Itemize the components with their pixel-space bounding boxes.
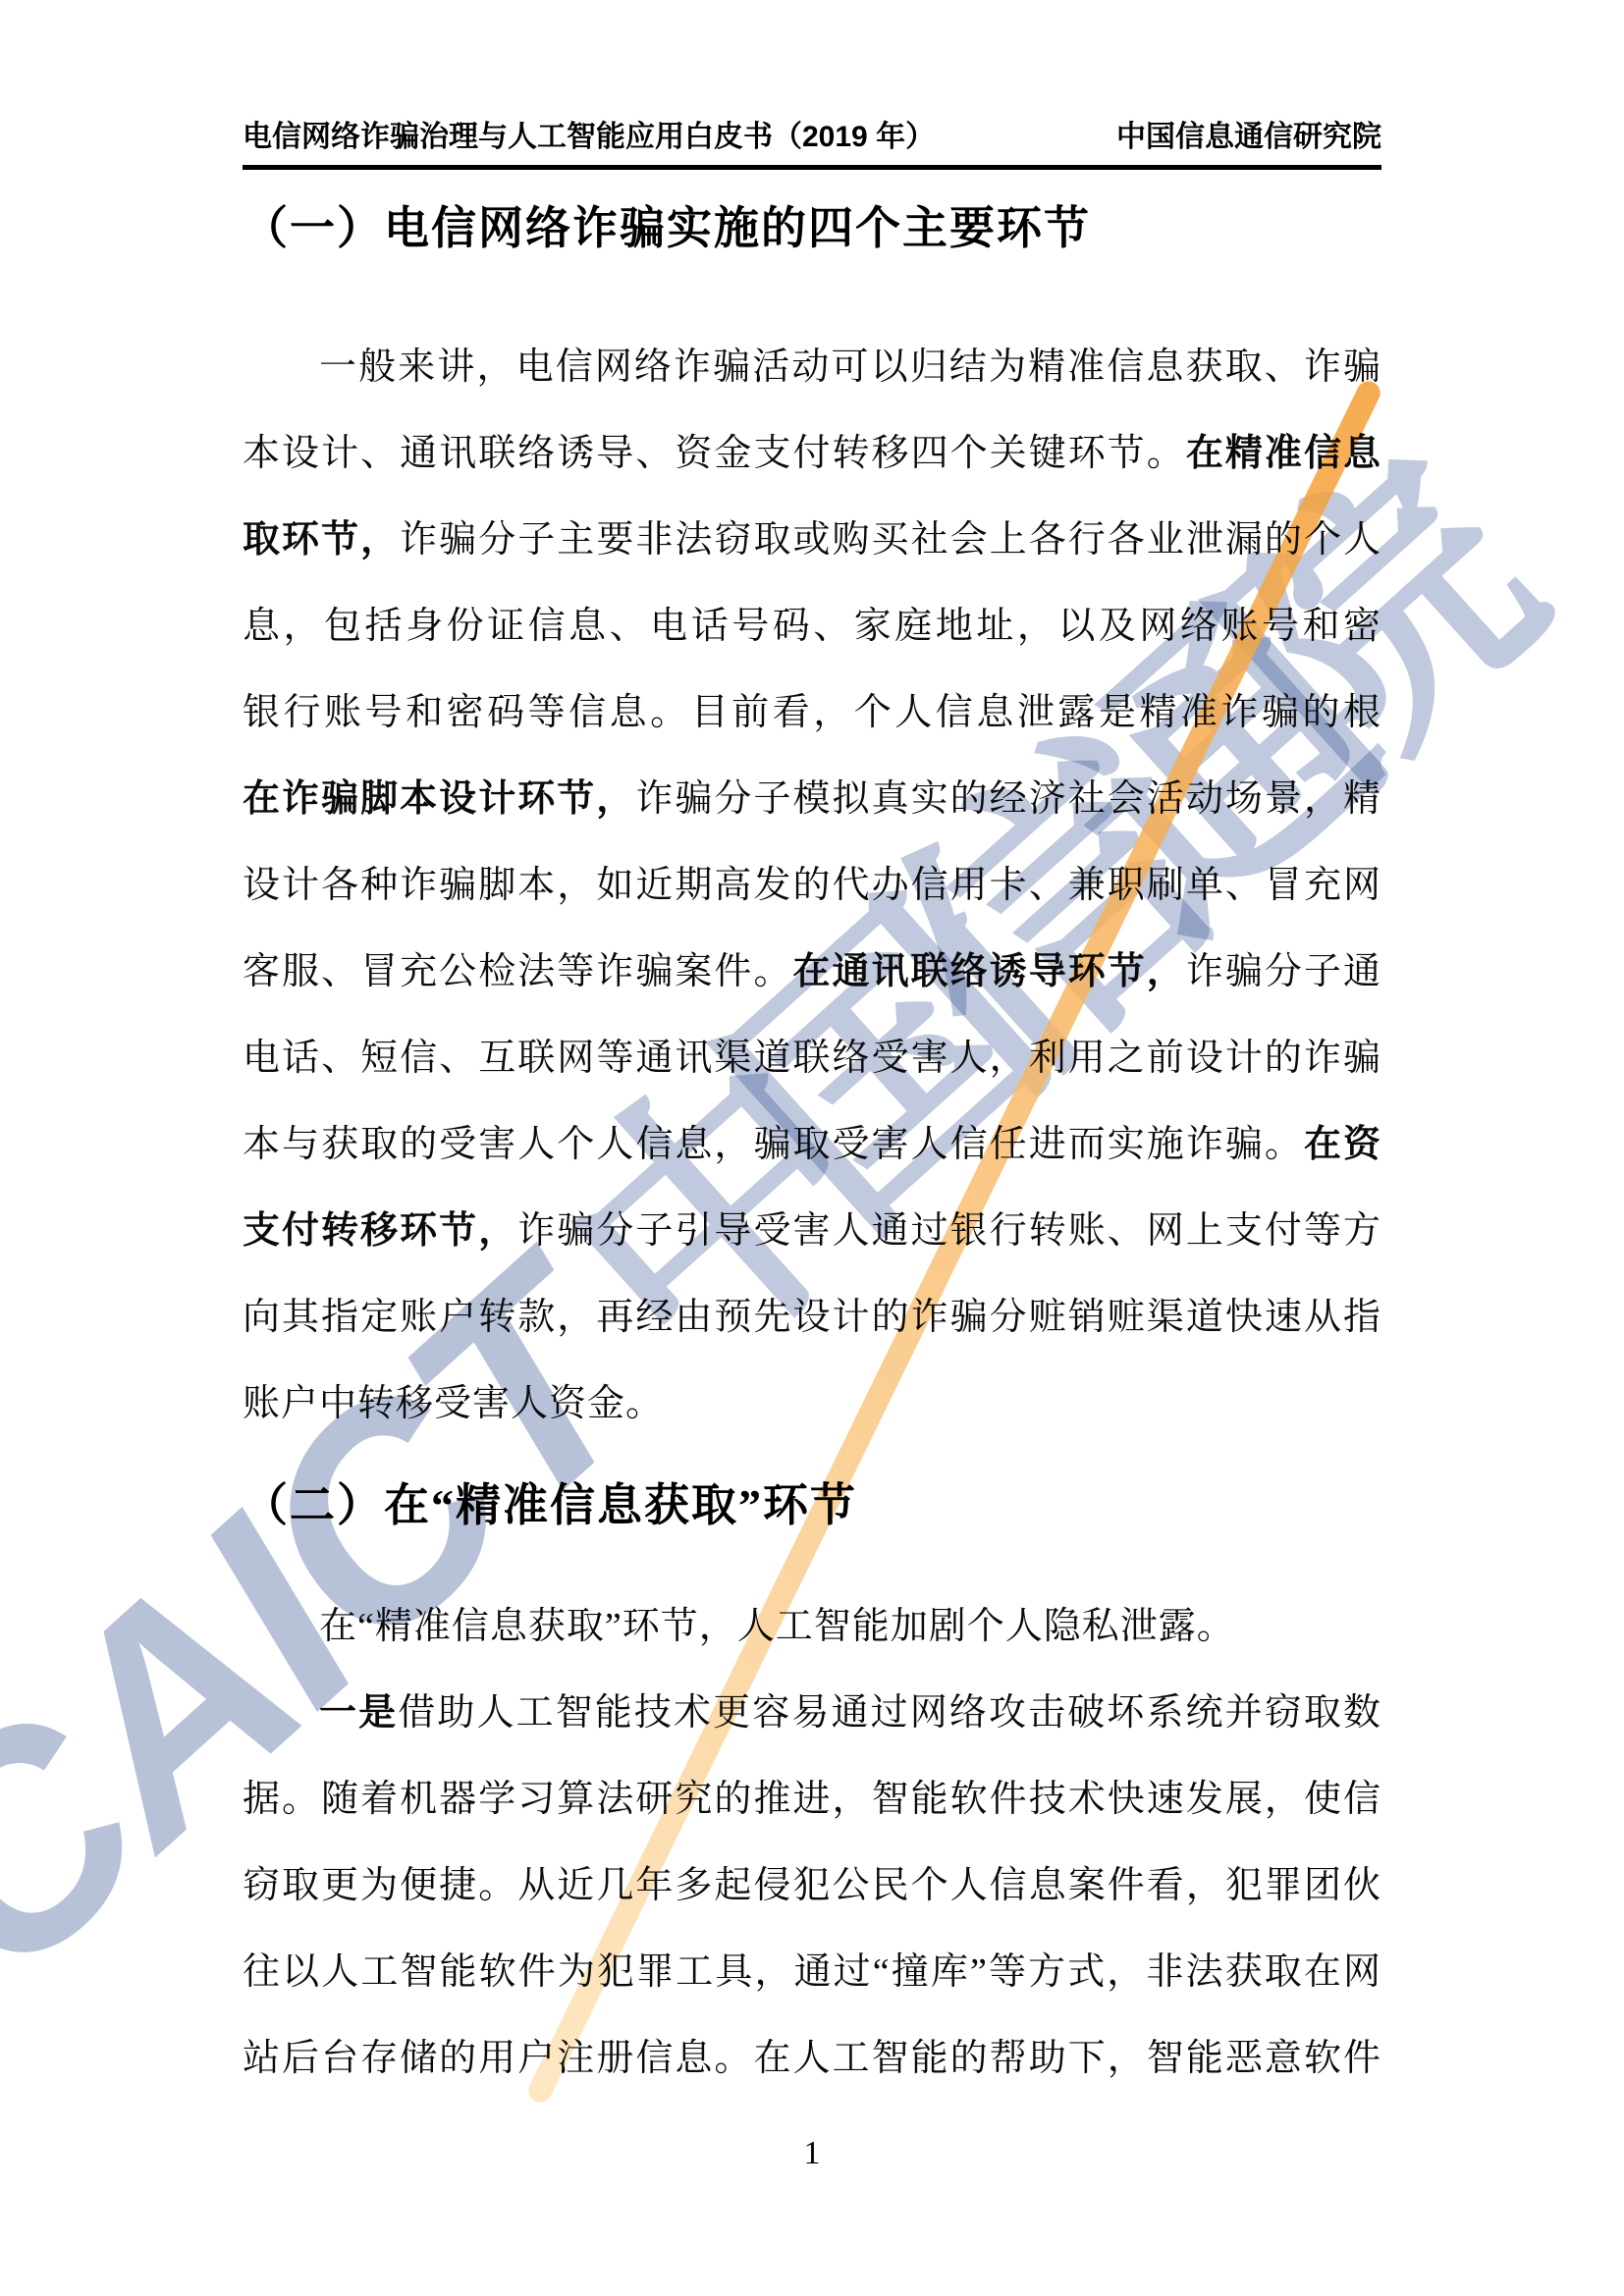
text-line: 往以人工智能软件为犯罪工具，通过“撞库”等方式，非法获取在网 [243,1929,1381,2015]
text-segment: 本与获取的受害人个人信息，骗取受害人信任进而实施诈骗。 [243,1124,1304,1165]
paragraph: 一般来讲，电信网络诈骗活动可以归结为精准信息获取、诈骗脚本设计、通讯联络诱导、资… [243,324,1381,1447]
text-segment: 设计各种诈骗脚本，如近期高发的代办信用卡、兼职刷单、冒充网购 [243,865,1381,929]
document-section: （二）在“精准信息获取”环节在“精准信息获取”环节，人工智能加剧个人隐私泄露。一… [243,1478,1381,2102]
text-segment: 息，包括身份证信息、电话号码、家庭地址，以及网络账号和密码、 [243,606,1381,669]
text-line: 取环节，诈骗分子主要非法窃取或购买社会上各行各业泄漏的个人信 [243,497,1381,583]
text-segment: 银行账号和密码等信息。目前看，个人信息泄露是精准诈骗的根源。 [243,692,1381,756]
text-line: 银行账号和密码等信息。目前看，个人信息泄露是精准诈骗的根源。 [243,669,1381,756]
page-content: 电信网络诈骗治理与人工智能应用白皮书（2019 年） 中国信息通信研究院 （一）… [0,0,1624,2296]
text-segment: 取环节， [243,519,400,561]
text-segment: 往以人工智能软件为犯罪工具，通过“撞库”等方式，非法获取在网 [243,1951,1381,1993]
text-segment: 站后台存储的用户注册信息。在人工智能的帮助下，智能恶意软件攻 [243,2038,1381,2102]
paragraph: 一是借助人工智能技术更容易通过网络攻击破坏系统并窃取数据。随着机器学习算法研究的… [243,1670,1381,2102]
text-line: 本与获取的受害人个人信息，骗取受害人信任进而实施诈骗。在资金 [243,1101,1381,1188]
text-segment: 电话、短信、互联网等通讯渠道联络受害人，利用之前设计的诈骗脚 [243,1038,1381,1101]
text-segment: 据。随着机器学习算法研究的推进，智能软件技术快速发展，使信息 [243,1779,1381,1842]
text-line: 客服、冒充公检法等诈骗案件。在通讯联络诱导环节，诈骗分子通过 [243,929,1381,1015]
paragraph: 在“精准信息获取”环节，人工智能加剧个人隐私泄露。 [243,1583,1381,1670]
text-line: 在诈骗脚本设计环节，诈骗分子模拟真实的经济社会活动场景，精心 [243,756,1381,842]
text-line: 息，包括身份证信息、电话号码、家庭地址，以及网络账号和密码、 [243,583,1381,669]
text-segment: 一般来讲，电信网络诈骗活动可以归结为精准信息获取、诈骗脚 [243,347,1381,410]
text-line: 窃取更为便捷。从近几年多起侵犯公民个人信息案件看，犯罪团伙往 [243,1842,1381,1929]
document-body: （一）电信网络诈骗实施的四个主要环节一般来讲，电信网络诈骗活动可以归结为精准信息… [243,201,1381,2102]
text-line: 向其指定账户转款，再经由预先设计的诈骗分赃销赃渠道快速从指定 [243,1274,1381,1361]
text-line: 设计各种诈骗脚本，如近期高发的代办信用卡、兼职刷单、冒充网购 [243,842,1381,929]
text-line: 账户中转移受害人资金。 [243,1361,1381,1447]
section-heading: （二）在“精准信息获取”环节 [243,1478,1381,1532]
text-line: 一是借助人工智能技术更容易通过网络攻击破坏系统并窃取数 [243,1670,1381,1756]
text-segment: 支付转移环节， [243,1210,517,1252]
text-line: 本设计、通讯联络诱导、资金支付转移四个关键环节。在精准信息获 [243,410,1381,497]
page-header: 电信网络诈骗治理与人工智能应用白皮书（2019 年） 中国信息通信研究院 [243,120,1381,155]
text-line: 据。随着机器学习算法研究的推进，智能软件技术快速发展，使信息 [243,1756,1381,1842]
text-line: 站后台存储的用户注册信息。在人工智能的帮助下，智能恶意软件攻 [243,2015,1381,2102]
text-segment: 客服、冒充公检法等诈骗案件。 [243,951,792,992]
text-segment: 在“精准信息获取”环节，人工智能加剧个人隐私泄露。 [319,1606,1235,1647]
text-segment: 诈骗分子主要非法窃取或购买社会上各行各业泄漏的个人信 [243,519,1381,583]
text-segment: 一是 [319,1692,398,1734]
text-segment: 窃取更为便捷。从近几年多起侵犯公民个人信息案件看，犯罪团伙往 [243,1865,1381,1929]
text-line: 支付转移环节，诈骗分子引导受害人通过银行转账、网上支付等方式 [243,1188,1381,1274]
header-right-title: 中国信息通信研究院 [1116,120,1381,155]
header-rule [243,165,1381,170]
text-segment: 在诈骗脚本设计环节， [243,778,635,820]
text-segment: 本设计、通讯联络诱导、资金支付转移四个关键环节。 [243,433,1186,474]
text-segment: 借助人工智能技术更容易通过网络攻击破坏系统并窃取数 [398,1692,1381,1734]
text-segment: 向其指定账户转款，再经由预先设计的诈骗分赃销赃渠道快速从指定 [243,1297,1381,1361]
text-line: 在“精准信息获取”环节，人工智能加剧个人隐私泄露。 [243,1583,1381,1670]
text-segment: 账户中转移受害人资金。 [243,1383,664,1424]
page-number: 1 [243,2133,1381,2174]
text-segment: 在通讯联络诱导环节， [792,951,1185,992]
text-line: 电话、短信、互联网等通讯渠道联络受害人，利用之前设计的诈骗脚 [243,1015,1381,1101]
document-section: （一）电信网络诈骗实施的四个主要环节一般来讲，电信网络诈骗活动可以归结为精准信息… [243,201,1381,1447]
text-line: 一般来讲，电信网络诈骗活动可以归结为精准信息获取、诈骗脚 [243,324,1381,410]
document-page: CAICT中国信通院 电信网络诈骗治理与人工智能应用白皮书（2019 年） 中国… [0,0,1624,2296]
section-heading: （一）电信网络诈骗实施的四个主要环节 [243,201,1381,255]
header-left-title: 电信网络诈骗治理与人工智能应用白皮书（2019 年） [243,120,935,155]
